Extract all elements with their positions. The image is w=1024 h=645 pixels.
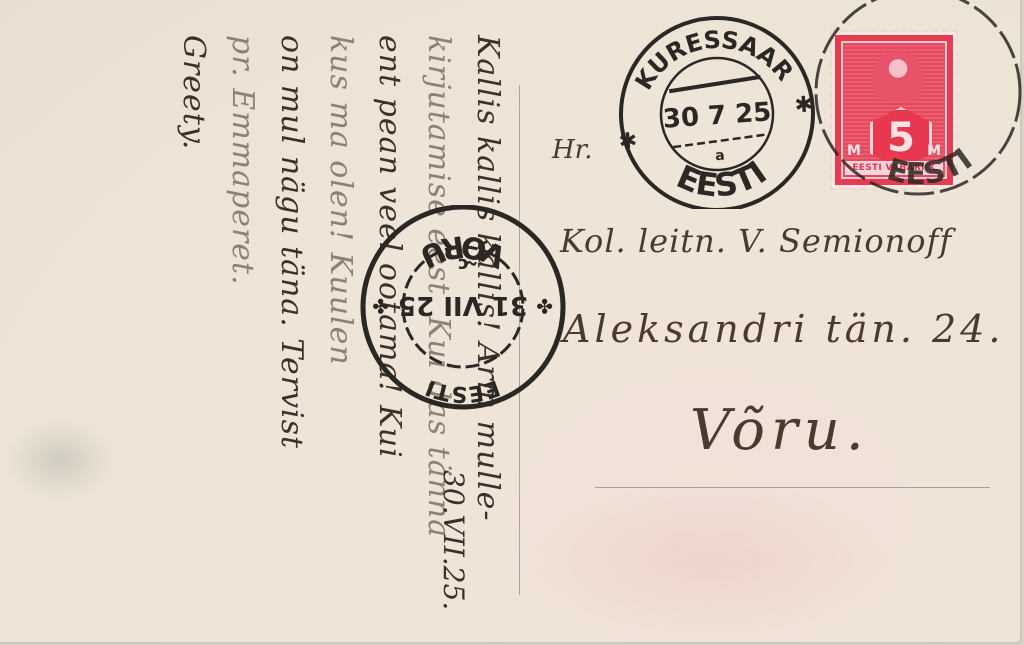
svg-text:✱: ✱ xyxy=(618,129,638,155)
svg-text:EESTI: EESTI xyxy=(422,374,503,406)
address-street: Aleksandri tän. 24. xyxy=(563,307,1004,351)
svg-text:EESTI: EESTI xyxy=(883,142,979,192)
postcard: Kallis kallis kallis! Arm mulle- kirjuta… xyxy=(0,0,1022,644)
address-recipient: Kol. leitn. V. Semionoff xyxy=(560,222,952,260)
kuressaare-postmark: KURESSAAR EESTI 30 7 25 a ✱ ✱ xyxy=(605,14,830,209)
svg-text:✤: ✤ xyxy=(536,294,553,318)
paper-stain xyxy=(520,480,900,640)
svg-text:c: c xyxy=(458,254,469,275)
stamp-cancel-postmark: EESTI xyxy=(800,0,1024,200)
voru-postmark: VÕRU EESTI 31 VII 25 c ✤ ✤ xyxy=(355,205,575,415)
address-underline xyxy=(595,487,990,488)
message-signature: Greety. xyxy=(162,35,211,605)
kuressaare-postmark-date: 30 7 25 xyxy=(662,97,772,134)
message-line: kus ma olen! Kuulen xyxy=(309,35,358,605)
voru-postmark-date: 31 VII 25 xyxy=(398,290,528,320)
svg-text:a: a xyxy=(715,148,726,165)
address-salutation: Hr. xyxy=(552,135,593,165)
message-line: on mul nägu täna. Tervist xyxy=(260,35,309,605)
message-line: pr. Emmaperet. xyxy=(211,35,260,605)
ink-smudge xyxy=(5,420,115,500)
message-date: 30.VII.25. xyxy=(437,470,470,610)
address-city: Võru. xyxy=(690,398,870,463)
svg-text:✤: ✤ xyxy=(372,294,389,318)
